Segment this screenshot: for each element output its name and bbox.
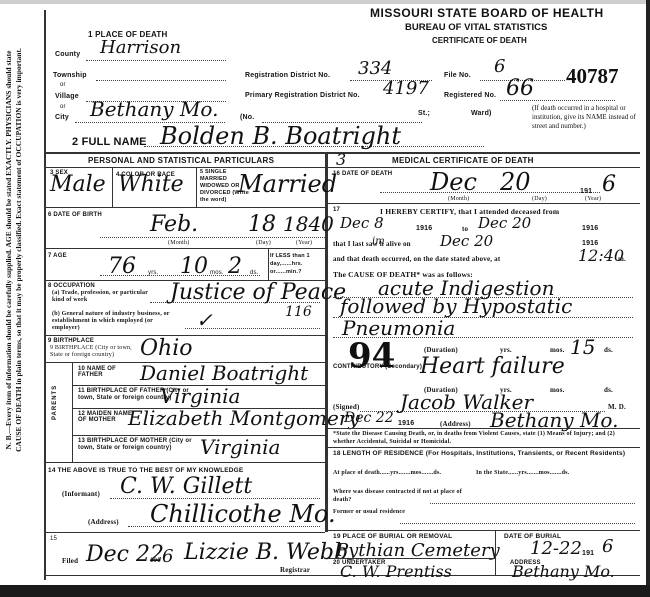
age-label: 7 AGE xyxy=(48,253,67,259)
informant-address-value: Chillicothe Mo. xyxy=(150,500,336,528)
date-of-death-day: 20 xyxy=(500,168,531,196)
ds-caption: ds. xyxy=(250,270,259,276)
age-years: 76 xyxy=(108,254,136,279)
last-saw-date: Dec 20 xyxy=(440,232,493,250)
last-saw-him: im xyxy=(372,236,385,247)
scan-bottom-edge xyxy=(0,585,650,597)
dod-year-caption: (Year) xyxy=(585,196,601,202)
registration-district-value: 334 xyxy=(358,58,392,79)
attended-from-year: 1916 xyxy=(416,225,432,232)
date-of-death-label: 16 DATE OF DEATH xyxy=(333,171,392,177)
dod-day-caption: (Day) xyxy=(532,196,547,202)
duration-mos-2: mos. xyxy=(550,386,565,394)
filed-year-prefix: 191 xyxy=(150,558,161,564)
village-label: Village xyxy=(55,93,79,100)
occupation-margin-code: 116 xyxy=(285,304,312,320)
contributory-value: Heart failure xyxy=(420,354,565,379)
occupation-b-label: (b) General nature of industry business,… xyxy=(52,311,182,332)
certify-number: 17 xyxy=(333,207,340,213)
duration-yrs: yrs. xyxy=(500,346,512,354)
full-name-label: 2 FULL NAME xyxy=(72,136,147,148)
personal-heading: PERSONAL AND STATISTICAL PARTICULARS xyxy=(88,156,274,165)
scan-top-edge xyxy=(0,0,650,4)
attended-to-date: Dec 20 xyxy=(478,214,531,232)
street-number-label: (No. xyxy=(240,114,254,121)
county-label: County xyxy=(55,51,80,58)
month-caption: (Month) xyxy=(168,240,189,246)
serial-number: 40787 xyxy=(566,64,619,89)
parents-label: PARENTS xyxy=(52,385,58,420)
duration-days: 15 xyxy=(570,335,595,359)
dob-month: Feb. xyxy=(150,212,198,237)
medical-heading: MEDICAL CERTIFICATE OF DEATH xyxy=(392,156,534,165)
certify-text: I HEREBY CERTIFY, that I attended deceas… xyxy=(380,207,559,216)
birthplace-value: Ohio xyxy=(140,336,193,361)
signed-date: Dec 22 xyxy=(344,410,394,426)
time-meridian: m. xyxy=(618,255,626,263)
alive-on-label: alive on xyxy=(386,240,411,248)
marital-value: Married xyxy=(238,170,337,198)
informant-heading: 14 THE ABOVE IS TRUE TO THE BEST OF MY K… xyxy=(48,467,243,474)
or-text-1: or xyxy=(60,82,66,88)
registered-no-value: 66 xyxy=(506,76,534,101)
mother-value: Elizabeth Montgomery xyxy=(128,406,360,430)
dob-label: 6 DATE OF BIRTH xyxy=(48,212,102,218)
burial-date-value: 12-22 xyxy=(530,538,582,559)
file-no-label: File No. xyxy=(444,72,471,79)
less-than-day-label: If LESS than 1 day,......hrs. or......mi… xyxy=(270,252,324,276)
mother-birthplace-label: 13 BIRTHPLACE OF MOTHER (City or town, S… xyxy=(78,438,198,452)
side-note-line-2: CAUSE OF DEATH in plain terms, so that i… xyxy=(14,48,23,452)
occupation-value: Justice of Peace xyxy=(170,280,346,305)
scan-right-edge xyxy=(646,0,650,597)
duration-label: (Duration) xyxy=(424,346,458,354)
year-caption: (Year) xyxy=(296,240,312,246)
board-title: MISSOURI STATE BOARD OF HEALTH xyxy=(370,6,604,20)
burial-year: 6 xyxy=(602,536,613,557)
bureau-subtitle: BUREAU OF VITAL STATISTICS xyxy=(405,22,547,33)
county-value: Harrison xyxy=(100,37,181,58)
burial-place-label: 19 PLACE OF BURIAL OR REMOVAL xyxy=(333,533,452,540)
registrar-label: Registrar xyxy=(280,566,310,574)
registrar-signature: Lizzie B. Webb xyxy=(184,540,348,565)
occupation-label: 8 OCCUPATION xyxy=(48,283,95,289)
race-value: White xyxy=(118,172,184,197)
filed-label: Filed xyxy=(62,557,78,565)
disease-contracted-label: Where was disease contracted if not at p… xyxy=(333,488,463,504)
attended-from-date: Dec 8 xyxy=(340,214,384,232)
mother-birthplace-value: Virginia xyxy=(200,435,280,459)
hospital-note: (If death occurred in a hospital or inst… xyxy=(532,104,637,131)
undertaker-value: C. W. Prentiss xyxy=(340,562,452,581)
full-name-value: Bolden B. Boatright xyxy=(160,122,401,150)
father-value: Daniel Boatright xyxy=(140,361,308,385)
primary-district-value: 4197 xyxy=(383,78,429,99)
cause-code: 94 xyxy=(348,336,395,376)
age-days: 2 xyxy=(228,254,242,279)
informant-value: C. W. Gillett xyxy=(120,474,252,499)
mos-caption: mos. xyxy=(210,270,224,276)
signed-year: 1916 xyxy=(398,420,414,427)
duration-mos: mos. xyxy=(550,346,565,354)
primary-district-label: Primary Registration District No. xyxy=(245,92,360,99)
dob-year: 1840 xyxy=(283,212,334,236)
or-text-2: or xyxy=(60,104,66,110)
father-label: 10 NAME OF FATHER xyxy=(78,366,128,378)
city-value: Bethany Mo. xyxy=(90,97,218,121)
duration-ds: ds. xyxy=(604,346,613,354)
dob-day: 18 xyxy=(248,212,276,237)
filed-year: 6 xyxy=(162,546,173,567)
day-caption: (Day) xyxy=(256,240,271,246)
date-of-death-month: Dec xyxy=(430,168,477,196)
at-place-of-death: At place of death......yrs.......mos....… xyxy=(333,469,473,477)
in-the-state: In the State......yrs.......mos.......ds… xyxy=(476,469,636,477)
city-label: City xyxy=(55,114,69,121)
dod-year-prefix: 191 xyxy=(580,188,592,195)
duration-ds-2: ds. xyxy=(604,386,613,394)
side-instruction-note: N. B.—Every item of information should b… xyxy=(4,20,38,480)
street-label: St.; xyxy=(418,110,430,117)
physician-address-label: (Address) xyxy=(440,420,471,428)
occupation-a-label: (a) Trade, profession, or particular kin… xyxy=(52,290,162,304)
attended-to-year: 1916 xyxy=(582,225,598,232)
contributory-label: CONTRIBUTORY (Secondary) xyxy=(333,364,423,370)
dod-month-caption: (Month) xyxy=(448,196,469,202)
yrs-caption: yrs. xyxy=(148,270,158,276)
side-note-line-1: N. B.—Every item of information should b… xyxy=(4,51,13,450)
filed-number: 15 xyxy=(50,536,57,542)
file-no-value: 6 xyxy=(494,56,505,77)
age-months: 10 xyxy=(180,254,208,279)
form-name: CERTIFICATE OF DEATH xyxy=(432,36,527,45)
former-residence-label: Former or usual residence xyxy=(333,508,413,516)
ward-label: Ward) xyxy=(471,110,492,117)
cause-footnote: *State the Disease Causing Death, or, in… xyxy=(333,430,633,446)
informant-address-label: (Address) xyxy=(88,518,119,526)
undertaker-address-value: Bethany Mo. xyxy=(512,562,615,581)
informant-label: (Informant) xyxy=(62,490,100,498)
death-occurred-label: and that death occurred, on the date sta… xyxy=(333,255,500,263)
registration-district-label: Registration District No. xyxy=(245,72,330,79)
burial-year-prefix: 191 xyxy=(582,550,594,557)
sex-value: Male xyxy=(50,172,106,197)
birthplace-label-head: 9 BIRTHPLACE xyxy=(48,338,94,344)
cause-line-2: followed by Hypostatic xyxy=(340,294,572,318)
date-of-death-year: 6 xyxy=(602,172,616,197)
residence-label: 18 LENGTH OF RESIDENCE (For Hospitals, I… xyxy=(333,450,633,458)
township-label: Township xyxy=(53,72,87,79)
registered-no-label: Registered No. xyxy=(444,92,496,99)
father-birthplace-value: Virginia xyxy=(160,384,240,408)
birthplace-label: 9 BIRTHPLACE (City or town, State or for… xyxy=(50,345,140,359)
occupation-b-check: ✓ xyxy=(196,308,213,332)
